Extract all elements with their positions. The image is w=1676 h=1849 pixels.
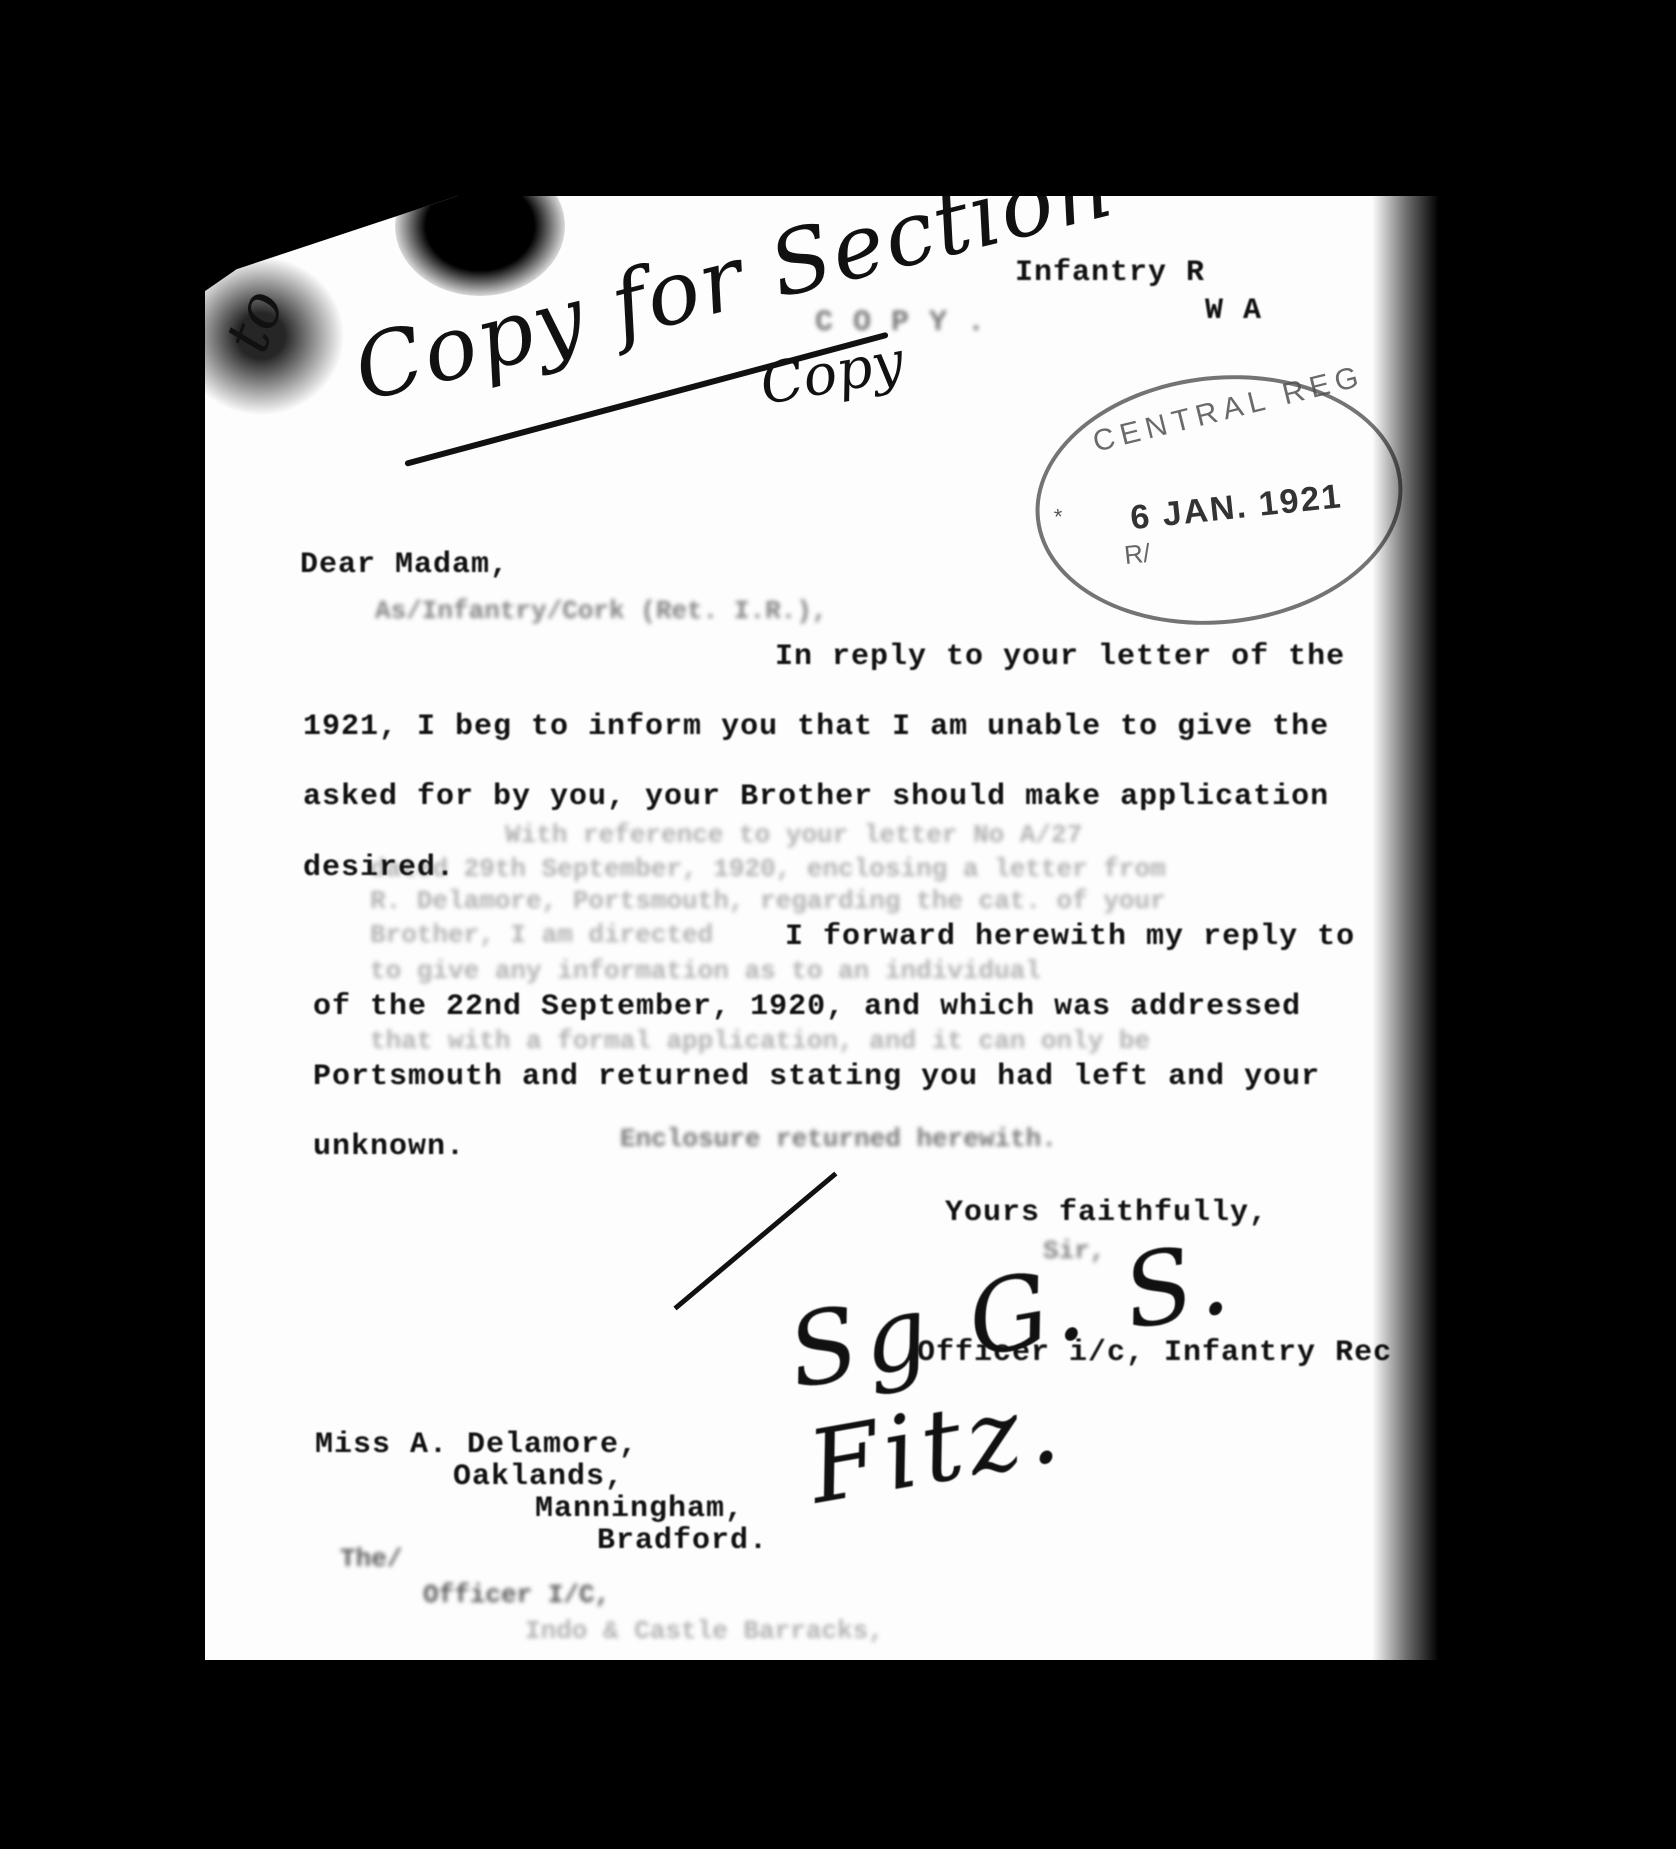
- body-line-3: asked for by you, your Brother should ma…: [303, 780, 1329, 814]
- body-line-5: I forward herewith my reply to: [785, 920, 1355, 954]
- overlay-line-4: Brother, I am directed: [370, 920, 713, 950]
- body-line-6: of the 22nd September, 1920, and which w…: [313, 990, 1301, 1024]
- body-line-2: 1921, I beg to inform you that I am unab…: [303, 710, 1329, 744]
- stamp-date: 6 JAN. 1921: [1128, 477, 1344, 538]
- salutation: Dear Madam,: [300, 548, 509, 582]
- letter-page: to Copy for Section C O P Y . Copy Infan…: [205, 196, 1467, 1660]
- body-line-1: In reply to your letter of the: [775, 640, 1345, 674]
- overlay-line-7: Enclosure returned herewith.: [620, 1124, 1057, 1154]
- footer-line3: Indo & Castle Barracks,: [525, 1616, 884, 1646]
- addressee-line3: Bradford.: [597, 1524, 768, 1558]
- body-line-7: Portsmouth and returned stating you had …: [313, 1060, 1320, 1094]
- handwritten-copy: Copy: [755, 329, 908, 418]
- letterhead-line1: Infantry R: [1015, 256, 1205, 290]
- typed-copy-mark: C O P Y .: [815, 306, 986, 340]
- page-edge-shadow: [1372, 196, 1467, 1660]
- stamp-title: CENTRAL REG: [1090, 359, 1368, 459]
- letterhead-line2: W A: [1205, 294, 1262, 328]
- stamp-ref: R/: [1123, 538, 1152, 572]
- body-line-4: desired.: [303, 851, 455, 885]
- stamp-star-icon: *: [1051, 506, 1067, 532]
- signatory-title: Officer i/c, Infantry Rec: [917, 1336, 1392, 1370]
- overlay-line-6: that with a formal application, and it c…: [370, 1026, 1150, 1056]
- reference-line: As/Infantry/Cork (Ret. I.R.),: [375, 596, 827, 626]
- central-registry-stamp: CENTRAL REG * 6 JAN. 1921 R/: [1023, 357, 1415, 642]
- footer-line2: Officer I/C,: [423, 1580, 610, 1610]
- overlay-line-1: With reference to your letter No A/27: [505, 820, 1082, 850]
- addressee-name: Miss A. Delamore,: [315, 1428, 638, 1462]
- body-line-8: unknown.: [313, 1130, 465, 1164]
- overlay-line-2: dated 29th September, 1920, enclosing a …: [370, 854, 1166, 884]
- overlay-line-5: to give any information as to an individ…: [370, 956, 1041, 986]
- footer-line1: The/: [340, 1544, 402, 1574]
- addressee-line2: Manningham,: [535, 1492, 744, 1526]
- addressee-line1: Oaklands,: [453, 1460, 624, 1494]
- overlay-line-3: R. Delamore, Portsmouth, regarding the c…: [370, 886, 1166, 916]
